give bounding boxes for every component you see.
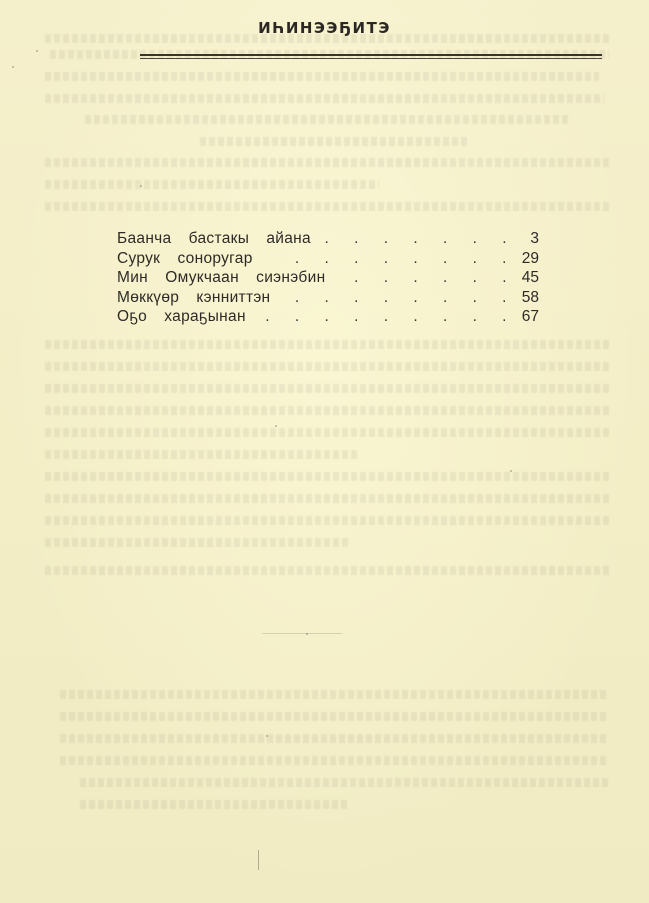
toc-dot-leader: . . . . . . . . . — [246, 307, 521, 327]
title-rule-thick — [140, 54, 602, 56]
toc-entry-page: 58 — [521, 288, 539, 308]
title-rule-thin — [140, 58, 602, 59]
toc-entry-title: Оҕо хараҕынан — [117, 307, 246, 327]
toc-entry-page: 29 — [521, 249, 539, 269]
toc-entry[interactable]: Баанча бастакы айана . . . . . . . 3 — [117, 229, 539, 249]
toc-entry-page: 3 — [521, 229, 539, 249]
toc-entry[interactable]: Сурук соноругар . . . . . . . . 29 — [117, 249, 539, 269]
toc-entry-title: Мөккүөр кэнниттэн — [117, 288, 270, 308]
table-of-contents: Баанча бастакы айана . . . . . . . 3 Сур… — [117, 229, 539, 327]
toc-dot-leader: . . . . . . — [325, 268, 521, 288]
toc-entry[interactable]: Оҕо хараҕынан . . . . . . . . . 67 — [117, 307, 539, 327]
toc-entry[interactable]: Мин Омукчаан сиэнэбин . . . . . . 45 — [117, 268, 539, 288]
toc-dot-leader: . . . . . . . . — [253, 249, 521, 269]
toc-entry-page: 45 — [521, 268, 539, 288]
toc-dot-leader: . . . . . . . — [311, 229, 521, 249]
toc-dot-leader: . . . . . . . . — [270, 288, 521, 308]
toc-entry-title: Сурук соноругар — [117, 249, 253, 269]
faint-divider — [262, 633, 342, 634]
page-title: ИҺИНЭЭҔИТЭ — [0, 19, 649, 37]
toc-entry-page: 67 — [521, 307, 539, 327]
toc-entry[interactable]: Мөккүөр кэнниттэн . . . . . . . . 58 — [117, 288, 539, 308]
toc-entry-title: Мин Омукчаан сиэнэбин — [117, 268, 325, 288]
toc-entry-title: Баанча бастакы айана — [117, 229, 311, 249]
